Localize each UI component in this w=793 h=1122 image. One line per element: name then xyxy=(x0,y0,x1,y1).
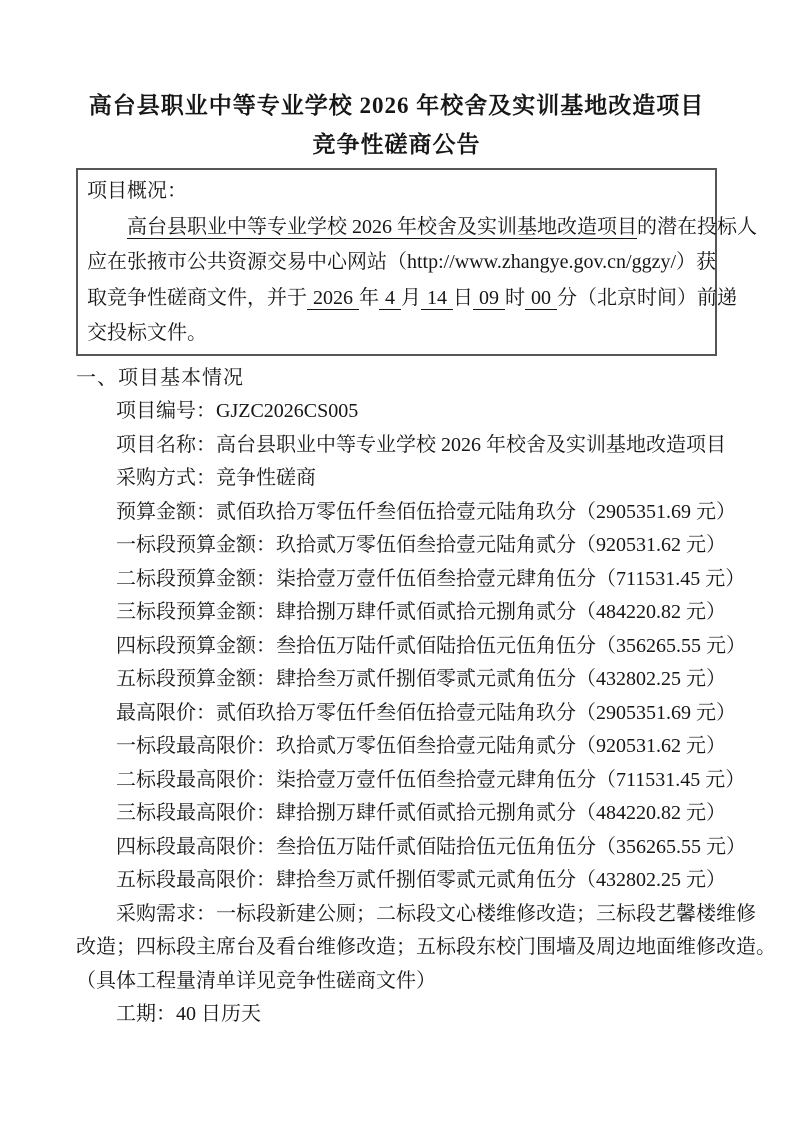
document-title-line2: 竞争性磋商公告 xyxy=(76,125,717,164)
deadline-year-field: 2026 xyxy=(307,287,359,310)
construction-period-line: 工期：40 日历天 xyxy=(76,998,717,1032)
detail-line: 四标段预算金额：叁拾伍万陆仟贰佰陆拾伍元伍角伍分（356265.55 元） xyxy=(76,630,717,664)
document-title: 高台县职业中等专业学校 2026 年校舍及实训基地改造项目 竞争性磋商公告 xyxy=(76,86,717,164)
overview-line-deadline: 取竞争性磋商文件，并于2026年4月14日09时00分（北京时间）前递 xyxy=(87,281,706,317)
deadline-day-field: 14 xyxy=(421,287,453,310)
section-heading-basic-info: 一、项目基本情况 xyxy=(76,362,717,396)
detail-line: 五标段预算金额：肆拾叁万贰仟捌佰零贰元贰角伍分（432802.25 元） xyxy=(76,663,717,697)
document-title-line1: 高台县职业中等专业学校 2026 年校舍及实训基地改造项目 xyxy=(76,86,717,125)
detail-line: 一标段最高限价：玖拾贰万零伍佰叁拾壹元陆角贰分（920531.62 元） xyxy=(76,730,717,764)
detail-line: 三标段预算金额：肆拾捌万肆仟贰佰贰拾元捌角贰分（484220.82 元） xyxy=(76,596,717,630)
project-overview-box: 项目概况： 高台县职业中等专业学校 2026 年校舍及实训基地改造项目的潜在投标… xyxy=(76,168,717,356)
detail-line: 项目名称：高台县职业中等专业学校 2026 年校舍及实训基地改造项目 xyxy=(76,429,717,463)
deadline-hour-field: 09 xyxy=(473,287,505,310)
deadline-year-label: 年 xyxy=(359,287,379,309)
detail-line: 项目编号：GJZC2026CS005 xyxy=(76,395,717,429)
overview-line-project-rest: 的潜在投标人 xyxy=(637,216,757,238)
detail-line: 三标段最高限价：肆拾捌万肆仟贰佰贰拾元捌角贰分（484220.82 元） xyxy=(76,797,717,831)
basic-info-list: 项目编号：GJZC2026CS005项目名称：高台县职业中等专业学校 2026 … xyxy=(76,395,717,898)
deadline-day-label: 日 xyxy=(453,287,473,309)
detail-line: 二标段预算金额：柒拾壹万壹仟伍佰叁拾壹元肆角伍分（711531.45 元） xyxy=(76,563,717,597)
detail-line: 一标段预算金额：玖拾贰万零伍佰叁拾壹元陆角贰分（920531.62 元） xyxy=(76,529,717,563)
requirements-line-2: 改造；四标段主席台及看台维修改造；五标段东校门围墙及周边地面维修改造。 xyxy=(76,931,717,965)
deadline-prefix: 取竞争性磋商文件，并于 xyxy=(87,287,307,309)
overview-label: 项目概况： xyxy=(87,174,706,210)
document-page: 高台县职业中等专业学校 2026 年校舍及实训基地改造项目 竞争性磋商公告 项目… xyxy=(0,0,793,1032)
project-name-underlined: 高台县职业中等专业学校 2026 年校舍及实训基地改造项目 xyxy=(127,216,637,239)
requirements-line-1: 采购需求：一标段新建公厕；二标段文心楼维修改造；三标段艺馨楼维修 xyxy=(76,898,717,932)
detail-line: 四标段最高限价：叁拾伍万陆仟贰佰陆拾伍元伍角伍分（356265.55 元） xyxy=(76,831,717,865)
deadline-hour-label: 时 xyxy=(505,287,525,309)
deadline-minute-label: 分（北京时间）前递 xyxy=(557,287,737,309)
detail-line: 五标段最高限价：肆拾叁万贰仟捌佰零贰元贰角伍分（432802.25 元） xyxy=(76,864,717,898)
overview-line-website: 应在张掖市公共资源交易中心网站（http://www.zhangye.gov.c… xyxy=(87,245,706,281)
overview-line-last: 交投标文件。 xyxy=(87,316,706,352)
detail-line: 最高限价：贰佰玖拾万零伍仟叁佰伍拾壹元陆角玖分（2905351.69 元） xyxy=(76,697,717,731)
overview-line-project: 高台县职业中等专业学校 2026 年校舍及实训基地改造项目的潜在投标人 xyxy=(87,210,706,246)
detail-line: 预算金额：贰佰玖拾万零伍仟叁佰伍拾壹元陆角玖分（2905351.69 元） xyxy=(76,496,717,530)
detail-line: 采购方式：竞争性磋商 xyxy=(76,462,717,496)
detail-line: 二标段最高限价：柒拾壹万壹仟伍佰叁拾壹元肆角伍分（711531.45 元） xyxy=(76,764,717,798)
deadline-month-field: 4 xyxy=(379,287,401,310)
deadline-month-label: 月 xyxy=(401,287,421,309)
deadline-minute-field: 00 xyxy=(525,287,557,310)
boq-note-line: （具体工程量清单详见竞争性磋商文件） xyxy=(76,965,717,999)
